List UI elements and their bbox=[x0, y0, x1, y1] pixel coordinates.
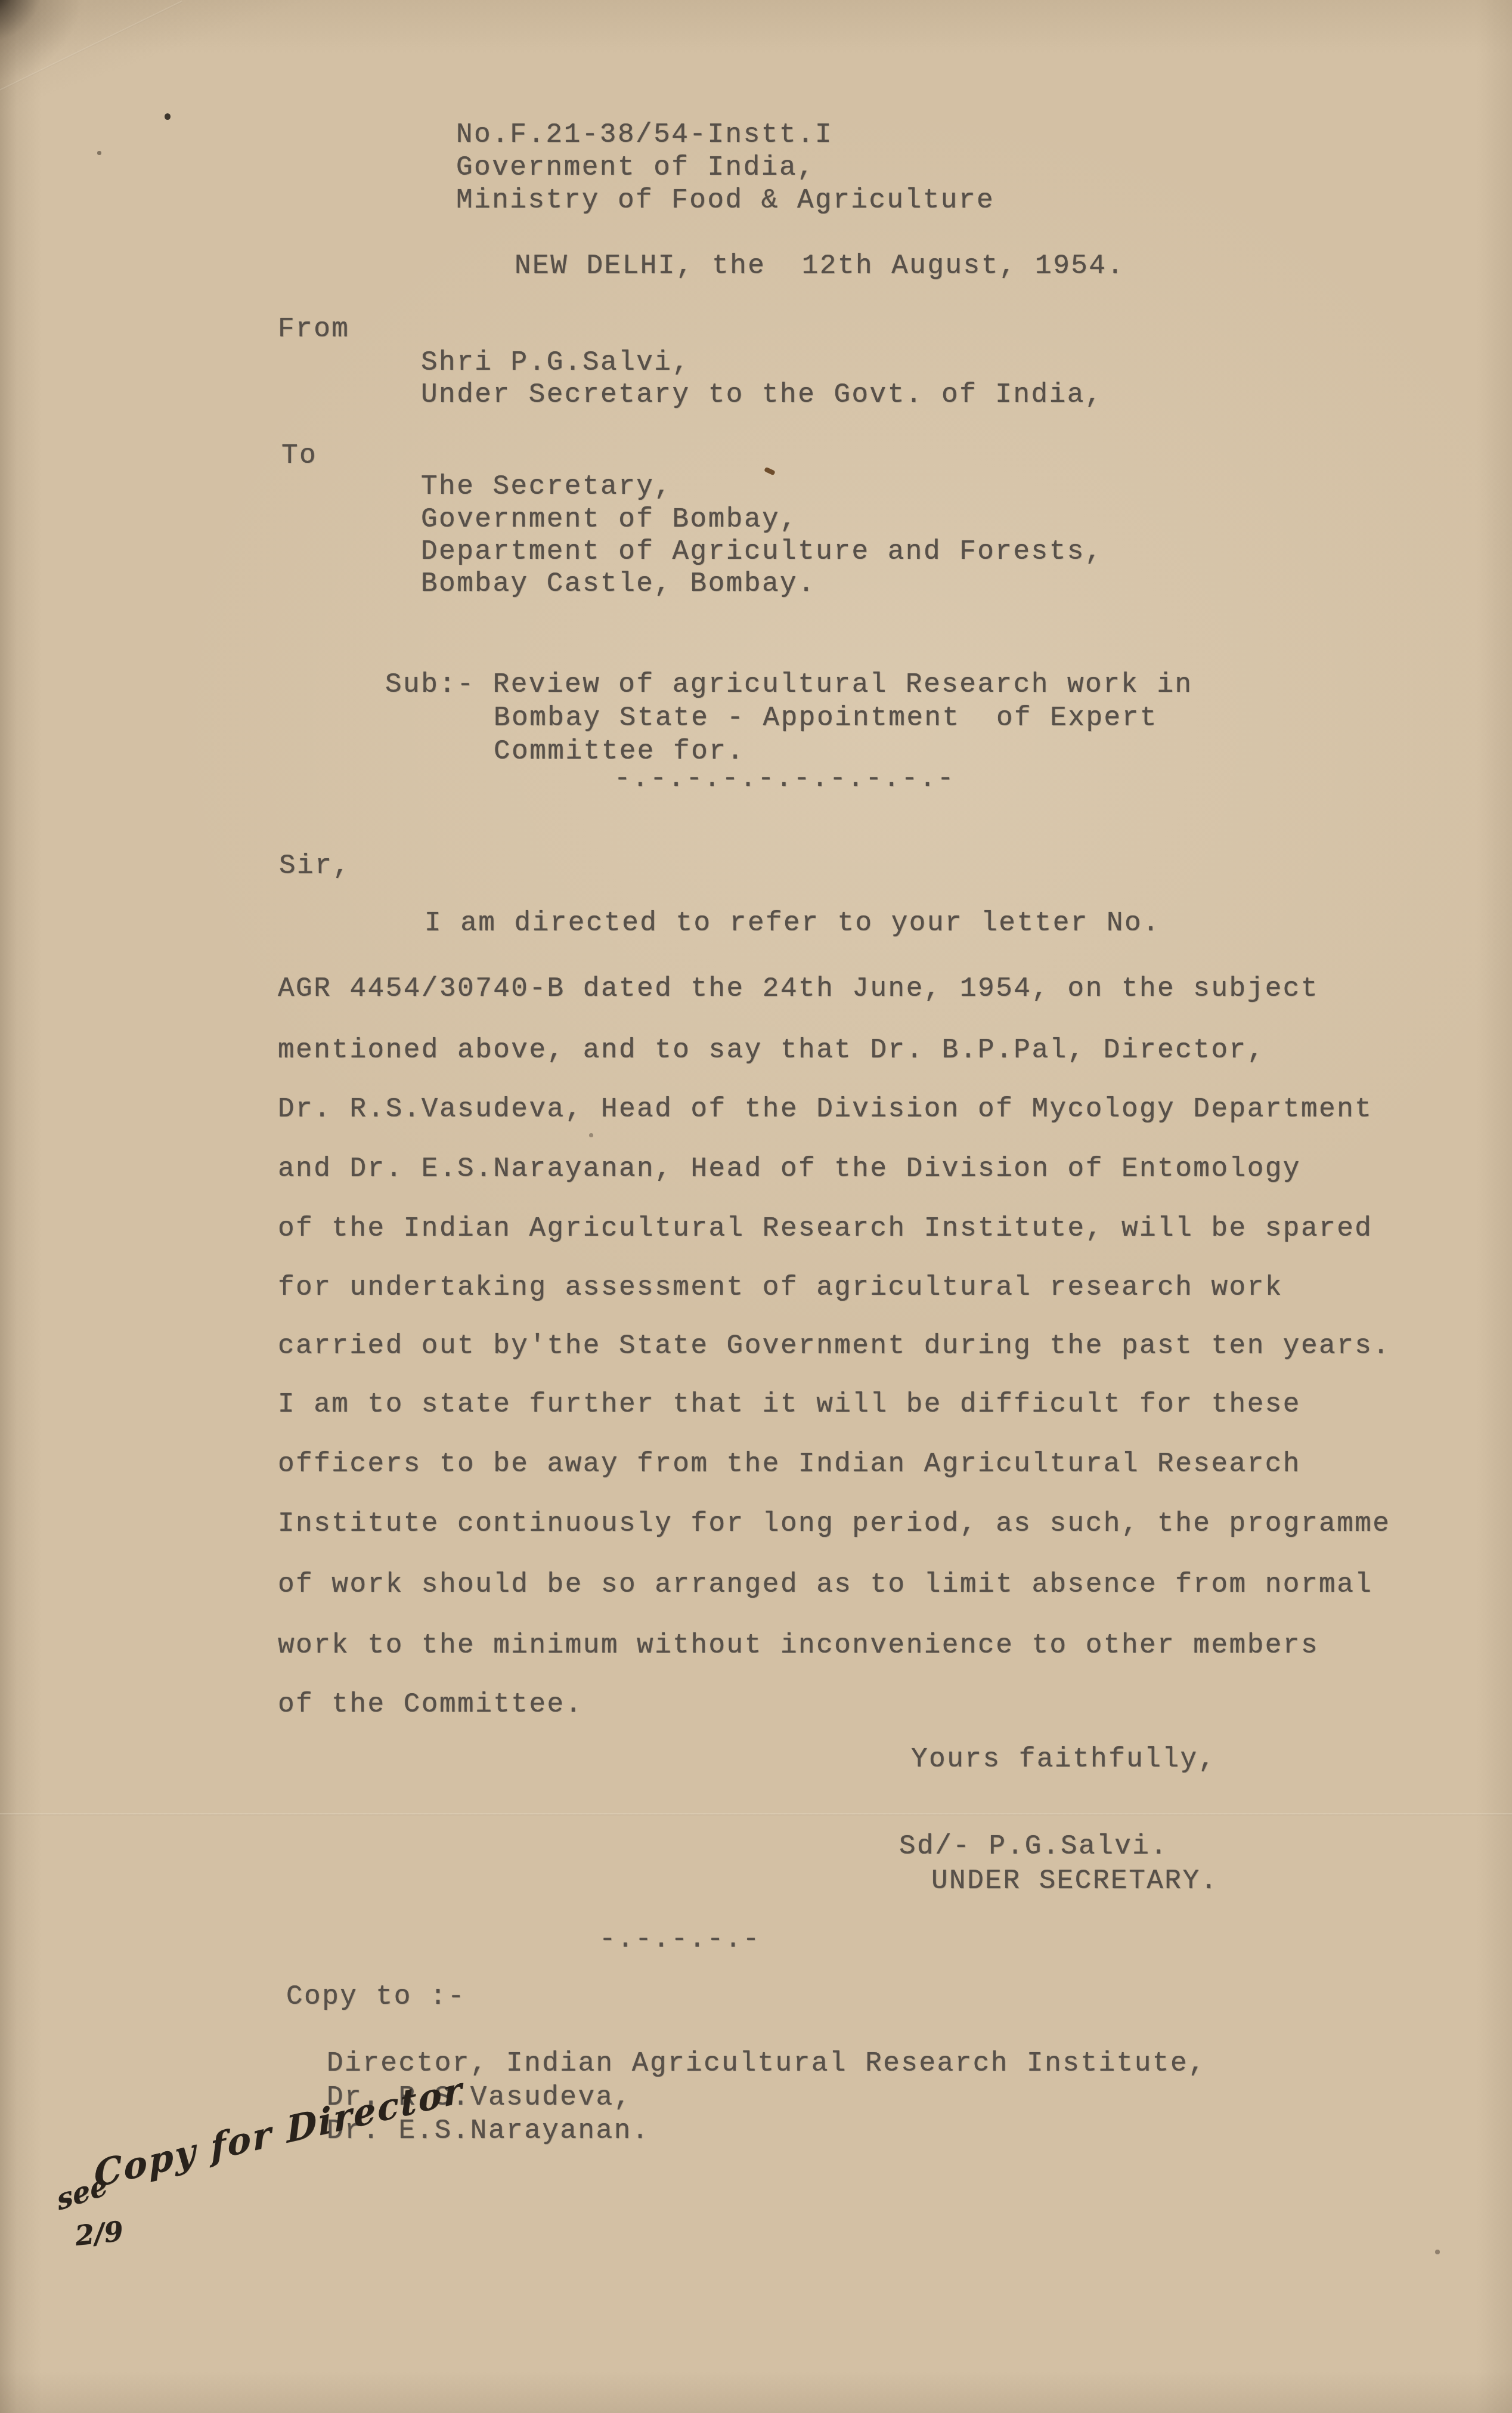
to-label: To bbox=[281, 439, 317, 472]
closing-separator: -.-.-.-.- bbox=[599, 1923, 761, 1956]
to-line-1: The Secretary, bbox=[421, 470, 672, 503]
body-line-3: mentioned above, and to say that Dr. B.P… bbox=[278, 1034, 1265, 1067]
handwritten-note-date: 2/9 bbox=[73, 2215, 125, 2252]
dateline: NEW DELHI, the 12th August, 1954. bbox=[515, 249, 1125, 283]
ink-speck bbox=[97, 151, 101, 155]
subject-separator: -.-.-.-.-.-.-.-.-.- bbox=[614, 762, 955, 796]
ministry-line: Ministry of Food & Agriculture bbox=[456, 184, 994, 217]
body-line-7: for undertaking assessment of agricultur… bbox=[278, 1271, 1283, 1304]
to-line-2: Government of Bombay, bbox=[421, 503, 798, 536]
reference-number: No.F.21-38/54-Instt.I bbox=[456, 118, 833, 151]
copy-to-label: Copy to :- bbox=[286, 1980, 466, 2013]
body-line-13: work to the minimum without inconvenienc… bbox=[278, 1629, 1319, 1662]
subject-line-2: Bombay State - Appointment of Expert bbox=[494, 701, 1158, 735]
from-name-line: Shri P.G.Salvi, bbox=[421, 346, 690, 379]
subject-line-1: Sub:- Review of agricultural Research wo… bbox=[385, 668, 1193, 701]
to-line-4: Bombay Castle, Bombay. bbox=[421, 567, 816, 601]
from-label: From bbox=[278, 313, 349, 346]
signature-line: Sd/- P.G.Salvi. bbox=[899, 1830, 1169, 1863]
from-title-line: Under Secretary to the Govt. of India, bbox=[421, 378, 1103, 412]
scanned-letter-page: No.F.21-38/54-Instt.I Government of Indi… bbox=[0, 0, 1512, 2413]
body-line-4: Dr. R.S.Vasudeva, Head of the Division o… bbox=[278, 1093, 1372, 1126]
body-line-10: officers to be away from the Indian Agri… bbox=[278, 1447, 1301, 1481]
closing: Yours faithfully, bbox=[911, 1743, 1216, 1776]
body-line-1: I am directed to refer to your letter No… bbox=[425, 907, 1160, 940]
body-line-5: and Dr. E.S.Narayanan, Head of the Divis… bbox=[278, 1152, 1301, 1186]
signature-title: UNDER SECRETARY. bbox=[931, 1864, 1219, 1898]
body-line-14: of the Committee. bbox=[278, 1688, 583, 1721]
org-line: Government of India, bbox=[456, 151, 815, 184]
body-line-11: Institute continuously for long period, … bbox=[278, 1507, 1390, 1540]
ink-speck bbox=[589, 1133, 593, 1137]
corner-crease bbox=[0, 1, 182, 91]
scan-crease bbox=[0, 1813, 1512, 1815]
paper-stain bbox=[764, 467, 776, 476]
to-line-3: Department of Agriculture and Forests, bbox=[421, 535, 1103, 568]
body-line-8: carried out by'the State Government duri… bbox=[278, 1329, 1390, 1363]
ink-speck bbox=[1435, 2250, 1440, 2254]
body-line-2: AGR 4454/30740-B dated the 24th June, 19… bbox=[278, 972, 1319, 1006]
body-line-12: of work should be so arranged as to limi… bbox=[278, 1568, 1372, 1601]
body-line-9: I am to state further that it will be di… bbox=[278, 1388, 1301, 1421]
ink-speck bbox=[165, 113, 171, 120]
salutation: Sir, bbox=[279, 849, 351, 883]
body-line-6: of the Indian Agricultural Research Inst… bbox=[278, 1212, 1372, 1245]
handwritten-note-initials: see bbox=[54, 2168, 110, 2217]
